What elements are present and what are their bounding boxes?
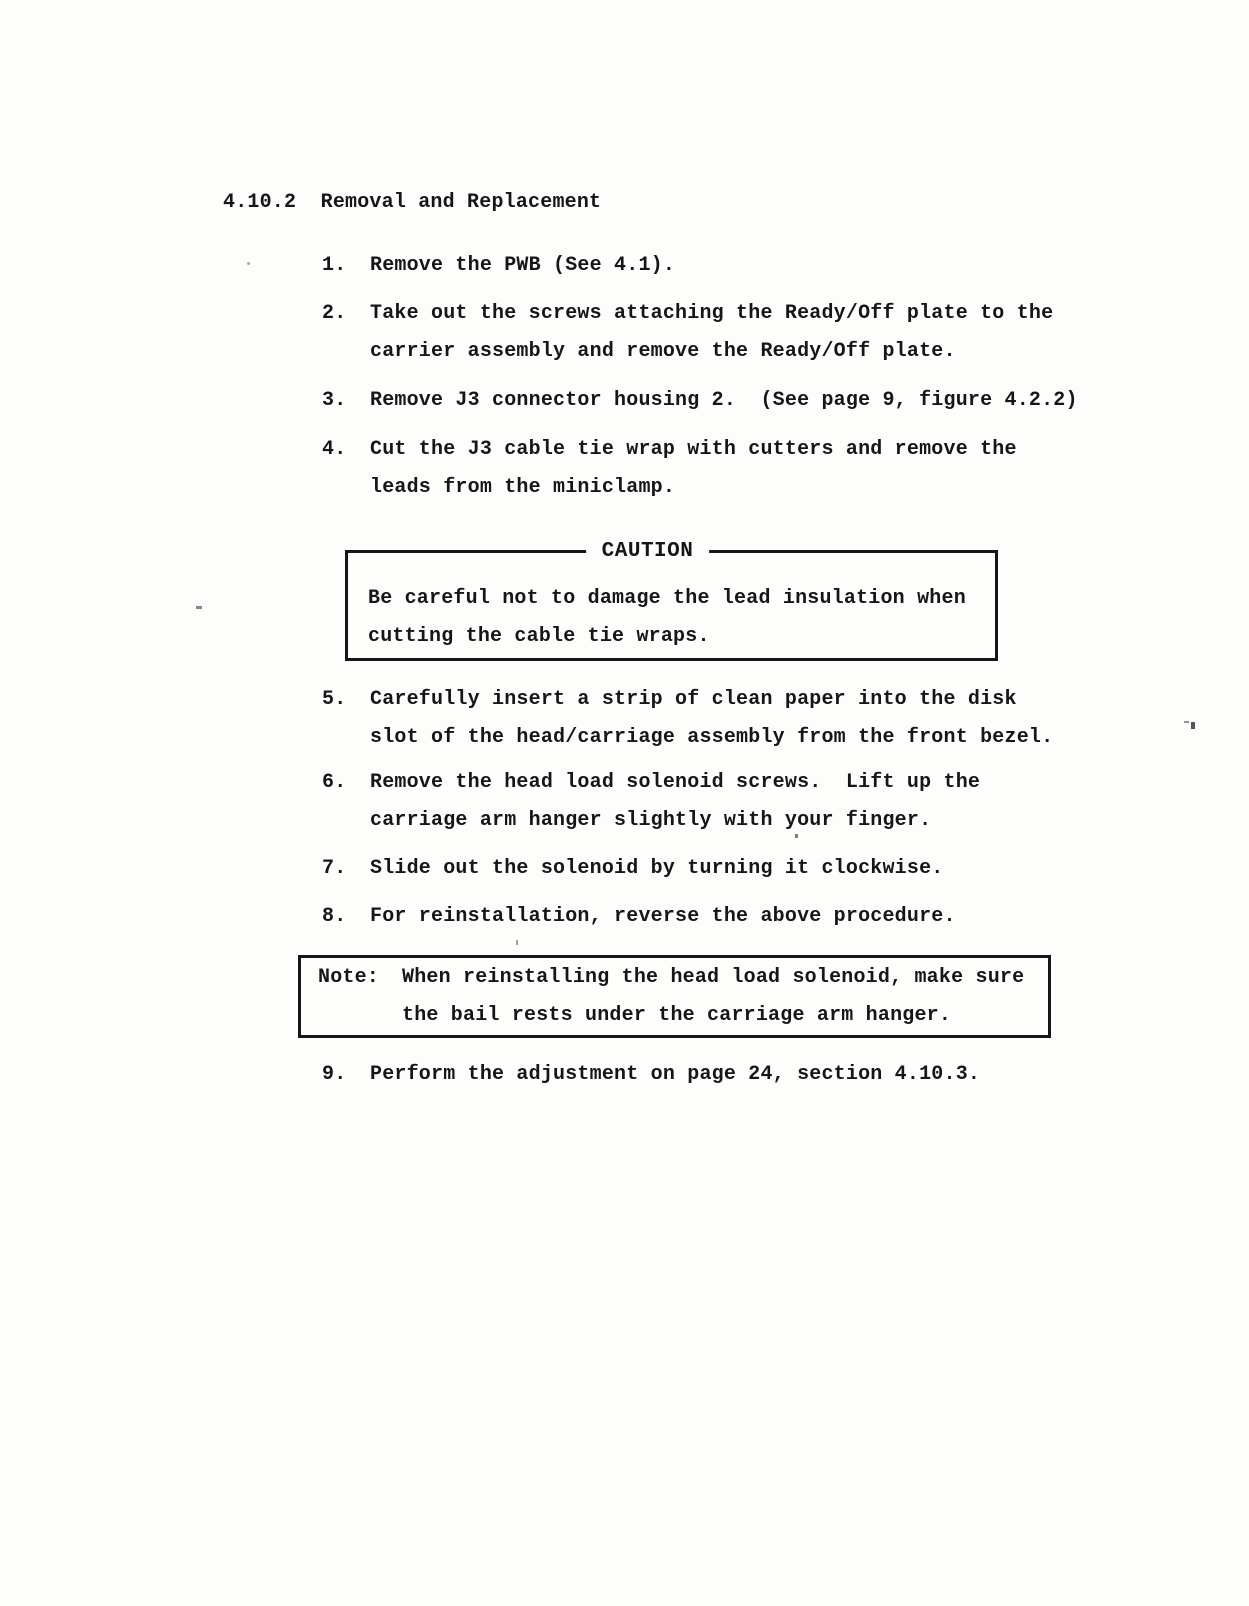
step-text: For reinstallation, reverse the above pr… xyxy=(370,898,956,936)
step-text: Slide out the solenoid by turning it clo… xyxy=(370,850,944,888)
step-number: 9. xyxy=(322,1056,370,1094)
caution-box-title: CAUTION xyxy=(586,538,710,565)
step-text: Carefully insert a strip of clean paper … xyxy=(370,681,1053,757)
step-number: 1. xyxy=(322,247,370,285)
step-8: 8. For reinstallation, reverse the above… xyxy=(322,898,956,936)
section-heading: 4.10.2 Removal and Replacement xyxy=(223,184,601,222)
step-number: 2. xyxy=(322,295,370,371)
step-text: Cut the J3 cable tie wrap with cutters a… xyxy=(370,431,1017,507)
scan-artifact xyxy=(1191,722,1195,729)
step-number: 7. xyxy=(322,850,370,888)
step-text: Perform the adjustment on page 24, secti… xyxy=(370,1056,980,1094)
step-2: 2. Take out the screws attaching the Rea… xyxy=(322,295,1053,371)
step-number: 3. xyxy=(322,382,370,420)
scan-artifact xyxy=(196,606,202,609)
scanned-document-page: 4.10.2 Removal and Replacement 1. Remove… xyxy=(0,0,1249,1606)
step-5: 5. Carefully insert a strip of clean pap… xyxy=(322,681,1053,757)
caution-box: CAUTION Be careful not to damage the lea… xyxy=(345,550,998,661)
caution-box-text: Be careful not to damage the lead insula… xyxy=(368,580,966,656)
step-3: 3. Remove J3 connector housing 2. (See p… xyxy=(322,382,1078,420)
scan-artifact xyxy=(516,940,518,945)
scan-artifact xyxy=(795,834,798,838)
note-box-content: Note: When reinstalling the head load so… xyxy=(318,959,1024,1035)
step-number: 6. xyxy=(322,764,370,840)
step-number: 8. xyxy=(322,898,370,936)
step-text: Remove the PWB (See 4.1). xyxy=(370,247,675,285)
note-label: Note: xyxy=(318,959,402,1035)
step-text: Remove J3 connector housing 2. (See page… xyxy=(370,382,1078,420)
step-1: 1. Remove the PWB (See 4.1). xyxy=(322,247,675,285)
step-6: 6. Remove the head load solenoid screws.… xyxy=(322,764,980,840)
step-text: Take out the screws attaching the Ready/… xyxy=(370,295,1053,371)
step-number: 5. xyxy=(322,681,370,757)
step-7: 7. Slide out the solenoid by turning it … xyxy=(322,850,944,888)
note-box: Note: When reinstalling the head load so… xyxy=(298,955,1051,1038)
scan-artifact xyxy=(247,262,250,265)
step-9: 9. Perform the adjustment on page 24, se… xyxy=(322,1056,980,1094)
scan-artifact xyxy=(1184,721,1189,723)
note-text: When reinstalling the head load solenoid… xyxy=(402,959,1024,1035)
step-text: Remove the head load solenoid screws. Li… xyxy=(370,764,980,840)
step-number: 4. xyxy=(322,431,370,507)
step-4: 4. Cut the J3 cable tie wrap with cutter… xyxy=(322,431,1017,507)
